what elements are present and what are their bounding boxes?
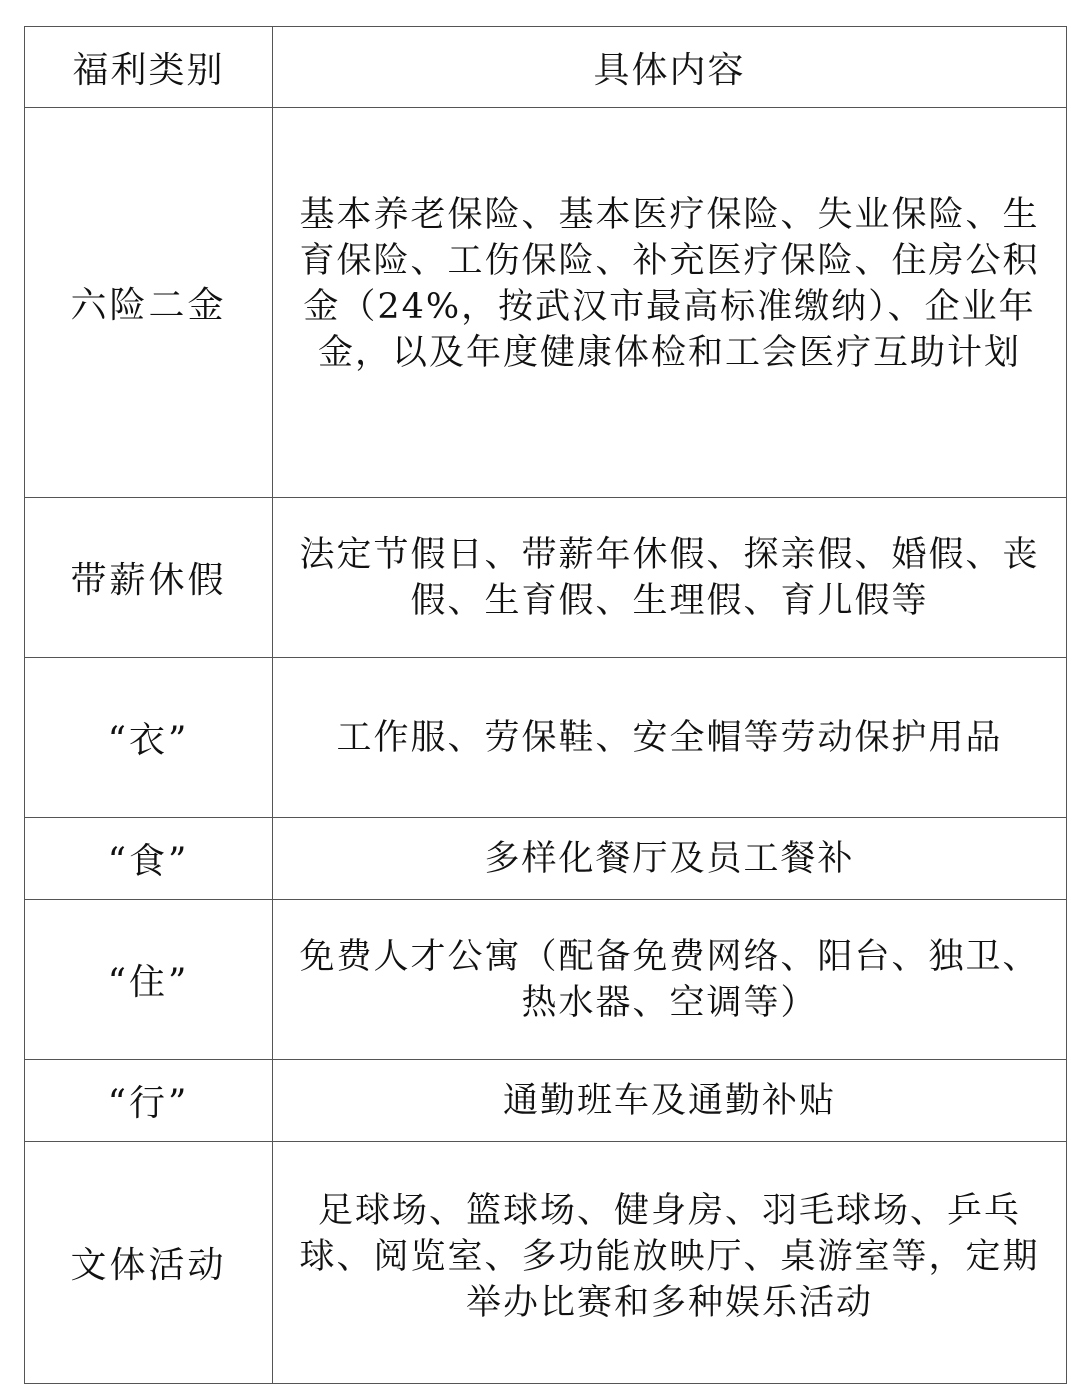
row-category: “住” (25, 900, 273, 1060)
row-category: 带薪休假 (25, 498, 273, 658)
table-row: “行” 通勤班车及通勤补贴 (25, 1060, 1067, 1142)
header-category: 福利类别 (25, 27, 273, 108)
table-row: 六险二金 基本养老保险、基本医疗保险、失业保险、生育保险、工伤保险、补充医疗保险… (25, 108, 1067, 498)
table-row: 文体活动 足球场、篮球场、健身房、羽毛球场、乒乓球、阅览室、多功能放映厅、桌游室… (25, 1142, 1067, 1384)
table-row: 带薪休假 法定节假日、带薪年休假、探亲假、婚假、丧假、生育假、生理假、育儿假等 (25, 498, 1067, 658)
row-category: 文体活动 (25, 1142, 273, 1384)
row-content: 足球场、篮球场、健身房、羽毛球场、乒乓球、阅览室、多功能放映厅、桌游室等，定期举… (273, 1142, 1067, 1384)
table-row: “衣” 工作服、劳保鞋、安全帽等劳动保护用品 (25, 658, 1067, 818)
row-content: 基本养老保险、基本医疗保险、失业保险、生育保险、工伤保险、补充医疗保险、住房公积… (273, 108, 1067, 498)
row-content: 法定节假日、带薪年休假、探亲假、婚假、丧假、生育假、生理假、育儿假等 (273, 498, 1067, 658)
row-content: 多样化餐厅及员工餐补 (273, 818, 1067, 900)
header-content: 具体内容 (273, 27, 1067, 108)
benefits-table: 福利类别 具体内容 六险二金 基本养老保险、基本医疗保险、失业保险、生育保险、工… (24, 26, 1067, 1384)
row-content: 通勤班车及通勤补贴 (273, 1060, 1067, 1142)
row-category: “行” (25, 1060, 273, 1142)
row-content: 工作服、劳保鞋、安全帽等劳动保护用品 (273, 658, 1067, 818)
row-category: “衣” (25, 658, 273, 818)
row-category: “食” (25, 818, 273, 900)
table-row: “住” 免费人才公寓（配备免费网络、阳台、独卫、热水器、空调等） (25, 900, 1067, 1060)
row-category: 六险二金 (25, 108, 273, 498)
table-row: “食” 多样化餐厅及员工餐补 (25, 818, 1067, 900)
row-content: 免费人才公寓（配备免费网络、阳台、独卫、热水器、空调等） (273, 900, 1067, 1060)
table-header-row: 福利类别 具体内容 (25, 27, 1067, 108)
